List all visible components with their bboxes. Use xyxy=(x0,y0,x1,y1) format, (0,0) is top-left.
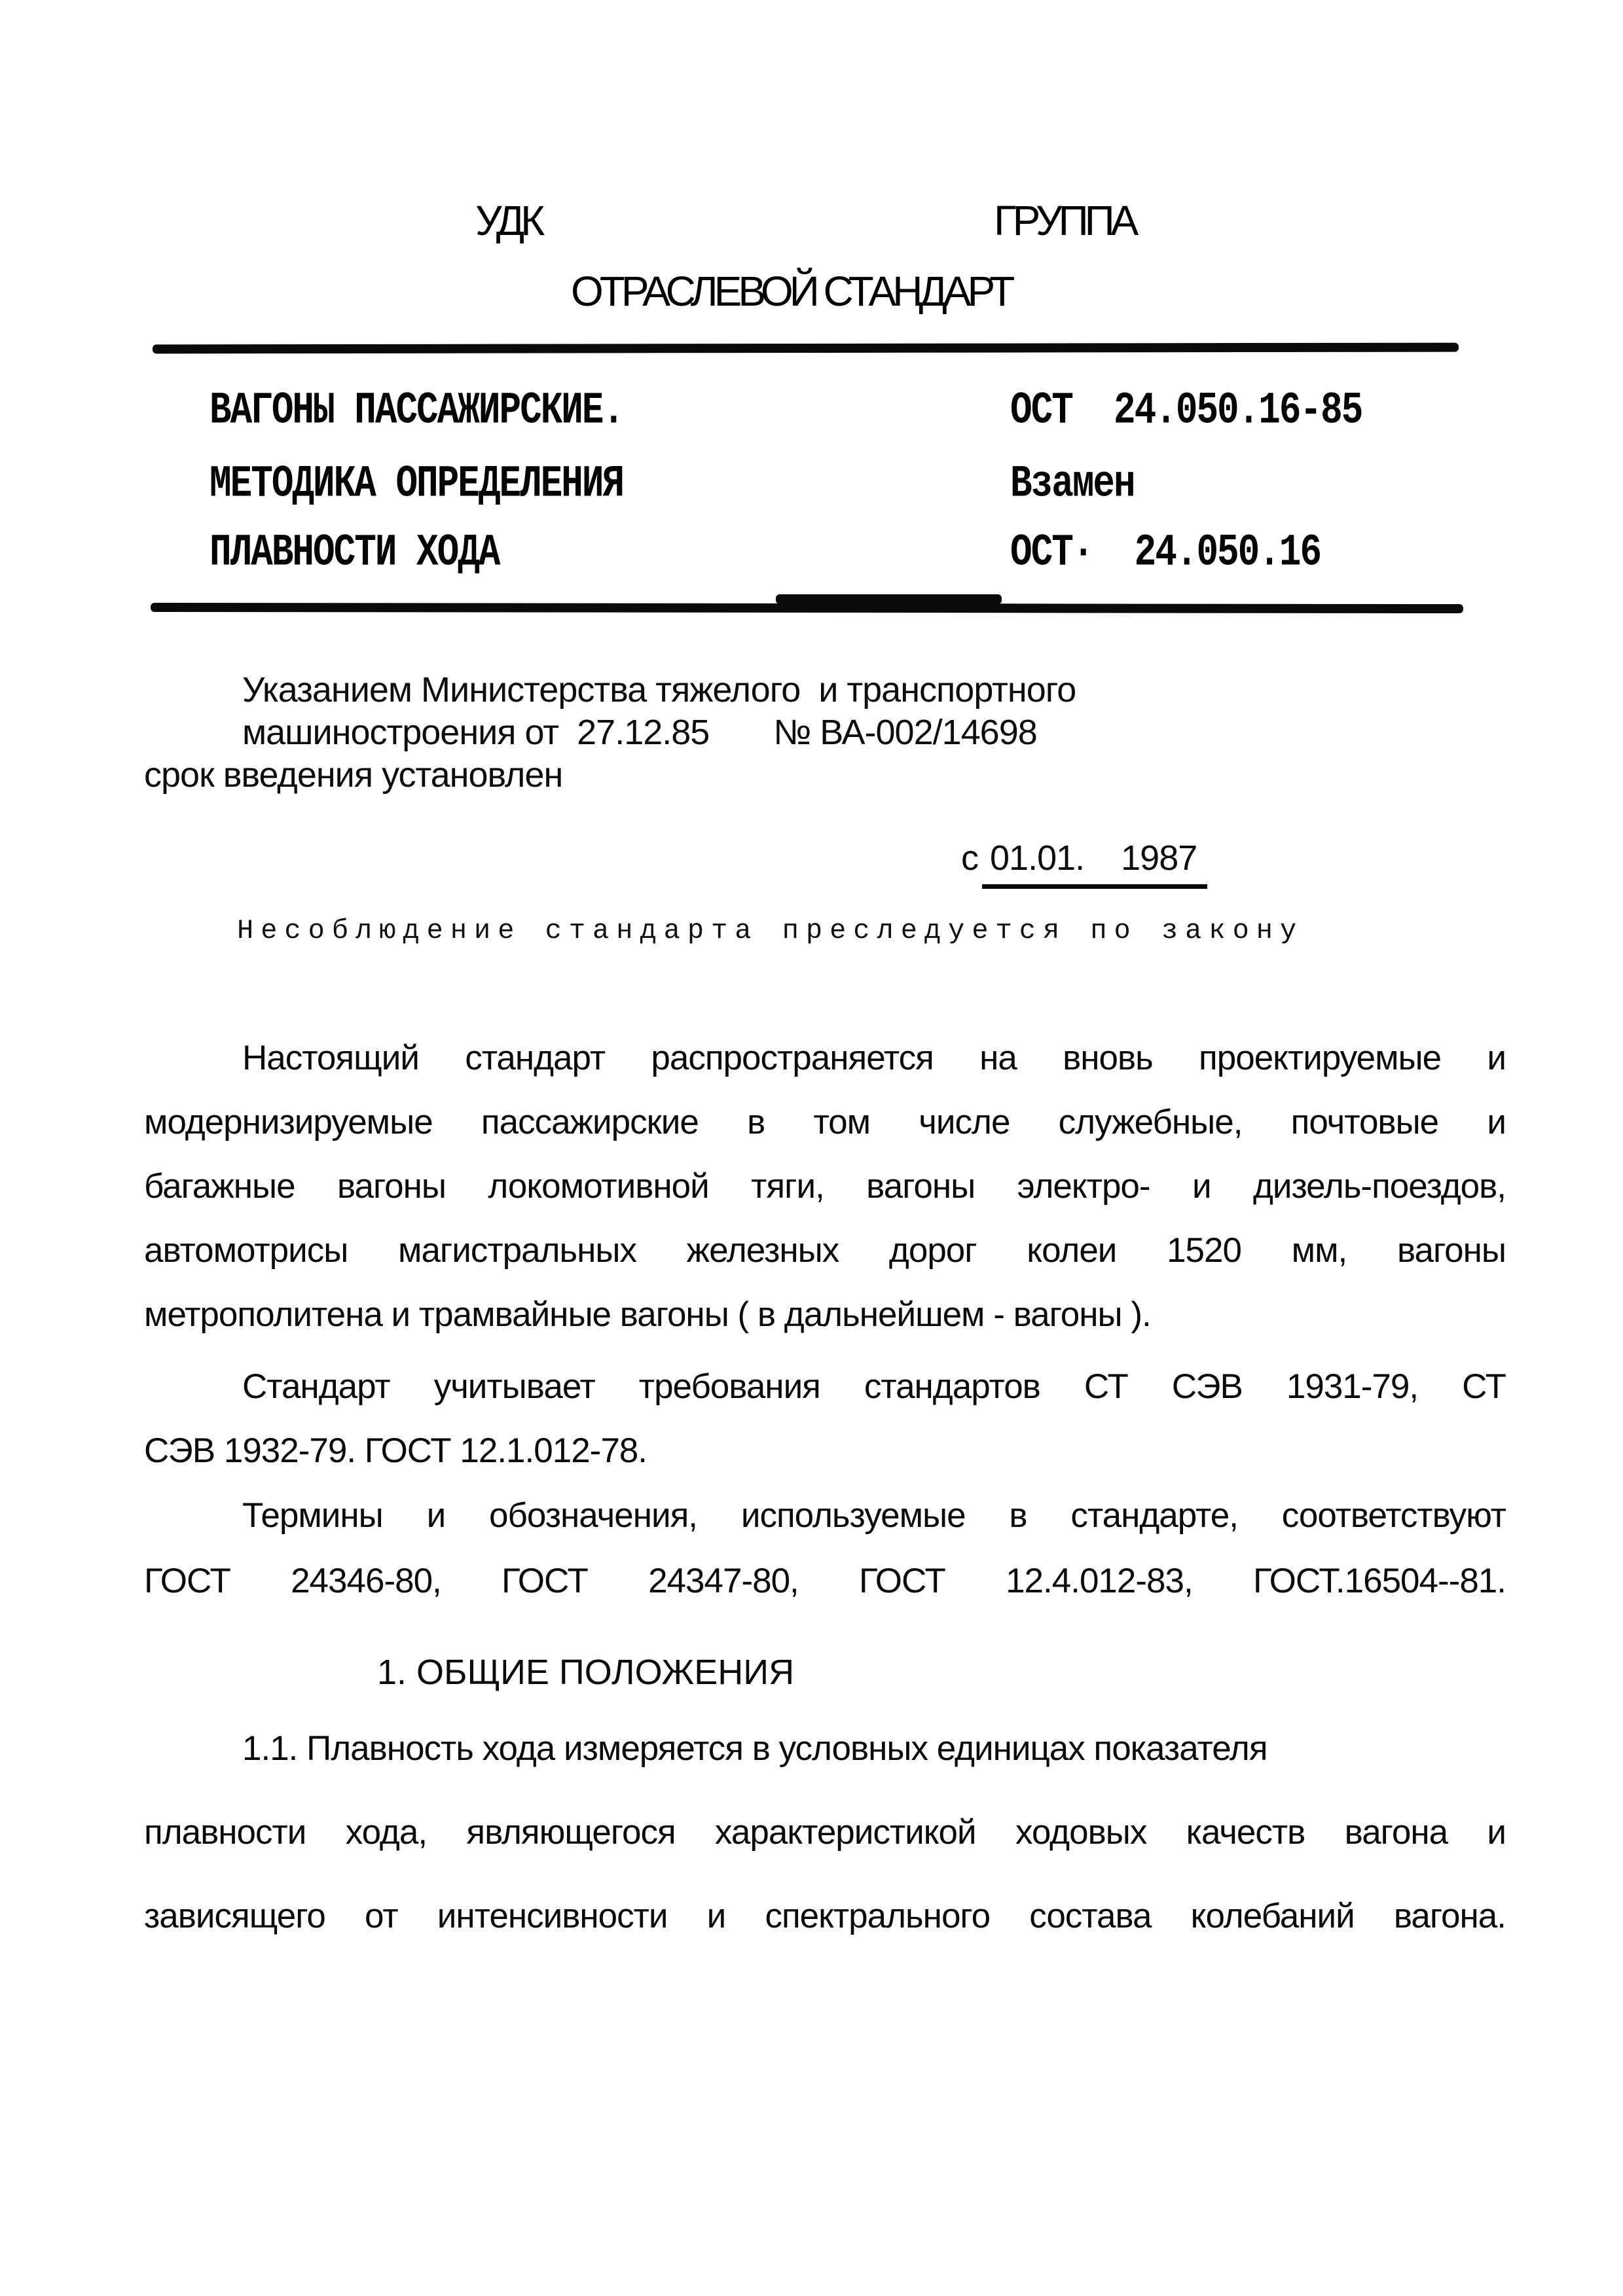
section-1-paragraph-1-1: 1.1. Плавность хода измеряется в условны… xyxy=(144,1707,1506,1958)
horizontal-rule-top xyxy=(153,343,1459,354)
paragraph-line: Настоящий стандарт распространяется на в… xyxy=(144,1026,1506,1090)
effective-date-prefix: с xyxy=(961,838,978,878)
effective-date-row: с01.01. 1987 xyxy=(961,838,1207,878)
paragraph-line: метрополитена и трамвайные вагоны ( в да… xyxy=(144,1283,1506,1347)
document-type-title: ОТРАСЛЕВОЙ СТАНДАРТ xyxy=(571,267,1011,315)
paragraph-line: Стандарт учитывает требования стандартов… xyxy=(144,1355,1506,1419)
paragraph-line: зависящего от интенсивности и спектральн… xyxy=(144,1874,1506,1958)
scope-paragraph-1: Настоящий стандарт распространяется на в… xyxy=(144,1026,1506,1347)
replaces-label: Взамен xyxy=(1010,458,1135,509)
udk-label: УДК xyxy=(475,196,541,245)
paragraph-line: автомотрисы магистральных железных дорог… xyxy=(144,1219,1506,1283)
paragraph-line: СЭВ 1932-79. ГОСТ 12.1.012-78. xyxy=(144,1419,1506,1483)
approval-line: машиностроения от 27.12.85 № ВА-002/1469… xyxy=(144,711,1076,754)
subject-line: ВАГОНЫ ПАССАЖИРСКИЕ. xyxy=(210,385,623,436)
paragraph-line: модернизируемые пассажирские в том числе… xyxy=(144,1090,1506,1155)
approval-line: срок введения установлен xyxy=(144,754,1076,797)
paragraph-line: ГОСТ 24346-80, ГОСТ 24347-80, ГОСТ 12.4.… xyxy=(144,1549,1506,1614)
paragraph-line: багажные вагоны локомотивной тяги, вагон… xyxy=(144,1155,1506,1219)
group-label: ГРУППА xyxy=(994,196,1135,245)
approval-line: Указанием Министерства тяжелого и трансп… xyxy=(144,669,1076,711)
standard-number: ОСТ 24.050.16-85 xyxy=(1010,385,1362,436)
paragraph-line: 1.1. Плавность хода измеряется в условны… xyxy=(144,1707,1506,1791)
subject-line: ПЛАВНОСТИ ХОДА xyxy=(210,527,499,578)
scope-paragraph-3: Термины и обозначения, используемые в ст… xyxy=(144,1483,1506,1614)
legal-notice: Несоблюдение стандарта преследуется по з… xyxy=(237,915,1304,946)
document-page: УДК ГРУППА ОТРАСЛЕВОЙ СТАНДАРТ ВАГОНЫ ПА… xyxy=(0,0,1623,2296)
horizontal-rule-bottom-overlap xyxy=(776,594,1002,604)
subject-line: МЕТОДИКА ОПРЕДЕЛЕНИЯ xyxy=(210,458,623,509)
scope-paragraph-2: Стандарт учитывает требования стандартов… xyxy=(144,1355,1506,1483)
section-1-heading: 1. ОБЩИЕ ПОЛОЖЕНИЯ xyxy=(377,1652,794,1693)
replaced-standard-number: ОСТ· 24.050.16 xyxy=(1010,527,1321,578)
paragraph-line: Термины и обозначения, используемые в ст… xyxy=(144,1483,1506,1549)
paragraph-line: плавности хода, являющегося характеристи… xyxy=(144,1791,1506,1874)
approval-block: Указанием Министерства тяжелого и трансп… xyxy=(144,669,1076,797)
horizontal-rule-bottom xyxy=(151,603,1463,613)
effective-date-value: 01.01. 1987 xyxy=(982,838,1207,889)
